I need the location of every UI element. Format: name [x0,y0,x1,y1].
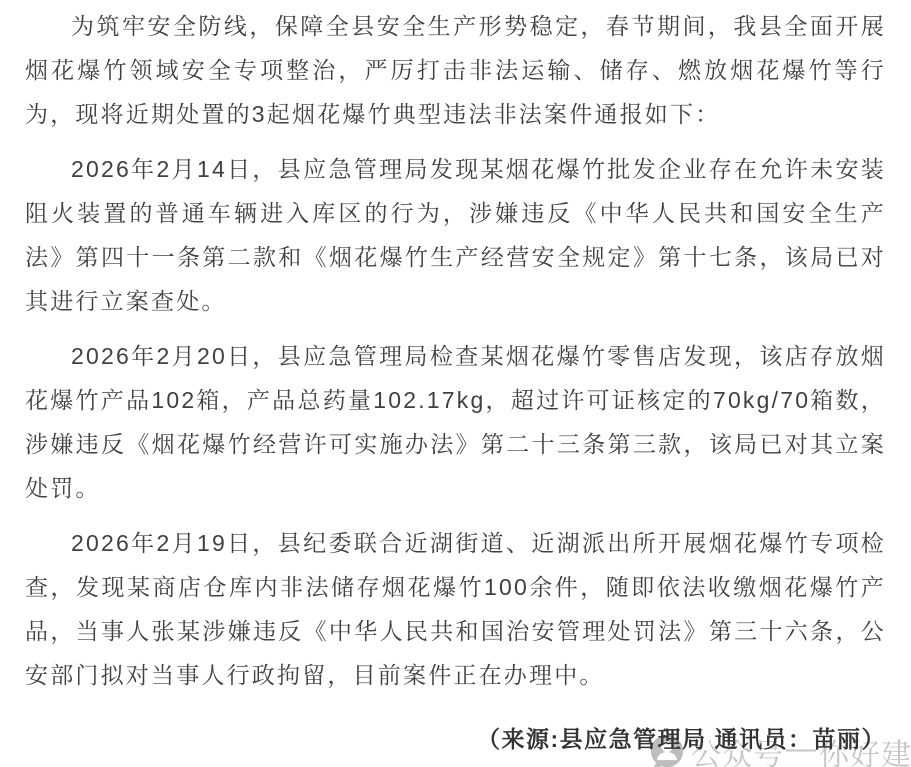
article-page: 为筑牢安全防线，保障全县安全生产形势稳定，春节期间，我县全面开展烟花爆竹领域安全… [0,0,911,767]
paragraph-case-2: 2026年2月20日，县应急管理局检查某烟花爆竹零售店发现，该店存放烟花爆竹产品… [25,334,886,510]
paragraph-case-1: 2026年2月14日，县应急管理局发现某烟花爆竹批发企业存在允许未安装阻火装置的… [25,147,886,323]
paragraph-case-3: 2026年2月19日，县纪委联合近湖街道、近湖派出所开展烟花爆竹专项检查，发现某… [25,521,886,697]
paragraph-intro: 为筑牢安全防线，保障全县安全生产形势稳定，春节期间，我县全面开展烟花爆竹领域安全… [25,4,886,136]
source-attribution: （来源:县应急管理局 通讯员：苗丽） [25,717,886,761]
